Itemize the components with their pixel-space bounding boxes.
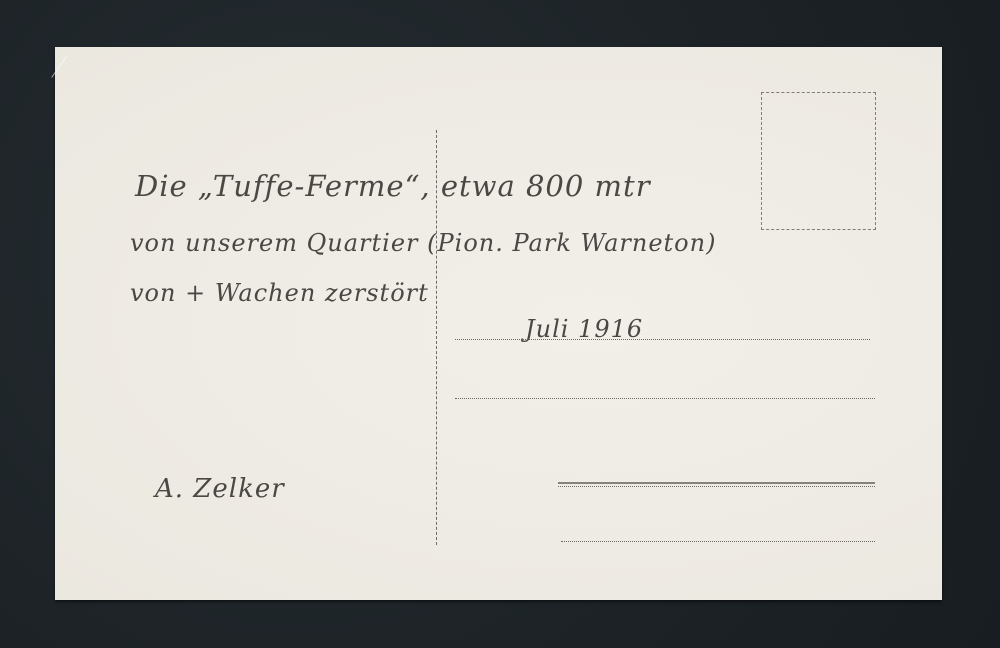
message-line-3: von + Wachen zerstört [130, 279, 429, 307]
signature: A. Zelker [155, 474, 285, 504]
stamp-box [761, 92, 876, 230]
corner-crease [51, 56, 81, 88]
address-line-1 [455, 339, 870, 340]
postcard-back: Die „Tuffe-Ferme“, etwa 800 mtr von unse… [55, 47, 942, 600]
message-line-2: von unserem Quartier (Pion. Park Warneto… [130, 229, 716, 257]
address-line-3 [558, 482, 875, 487]
center-divider [436, 130, 437, 545]
address-line-4 [561, 541, 875, 542]
address-line-2 [455, 398, 875, 399]
message-line-1: Die „Tuffe-Ferme“, etwa 800 mtr [135, 169, 651, 203]
